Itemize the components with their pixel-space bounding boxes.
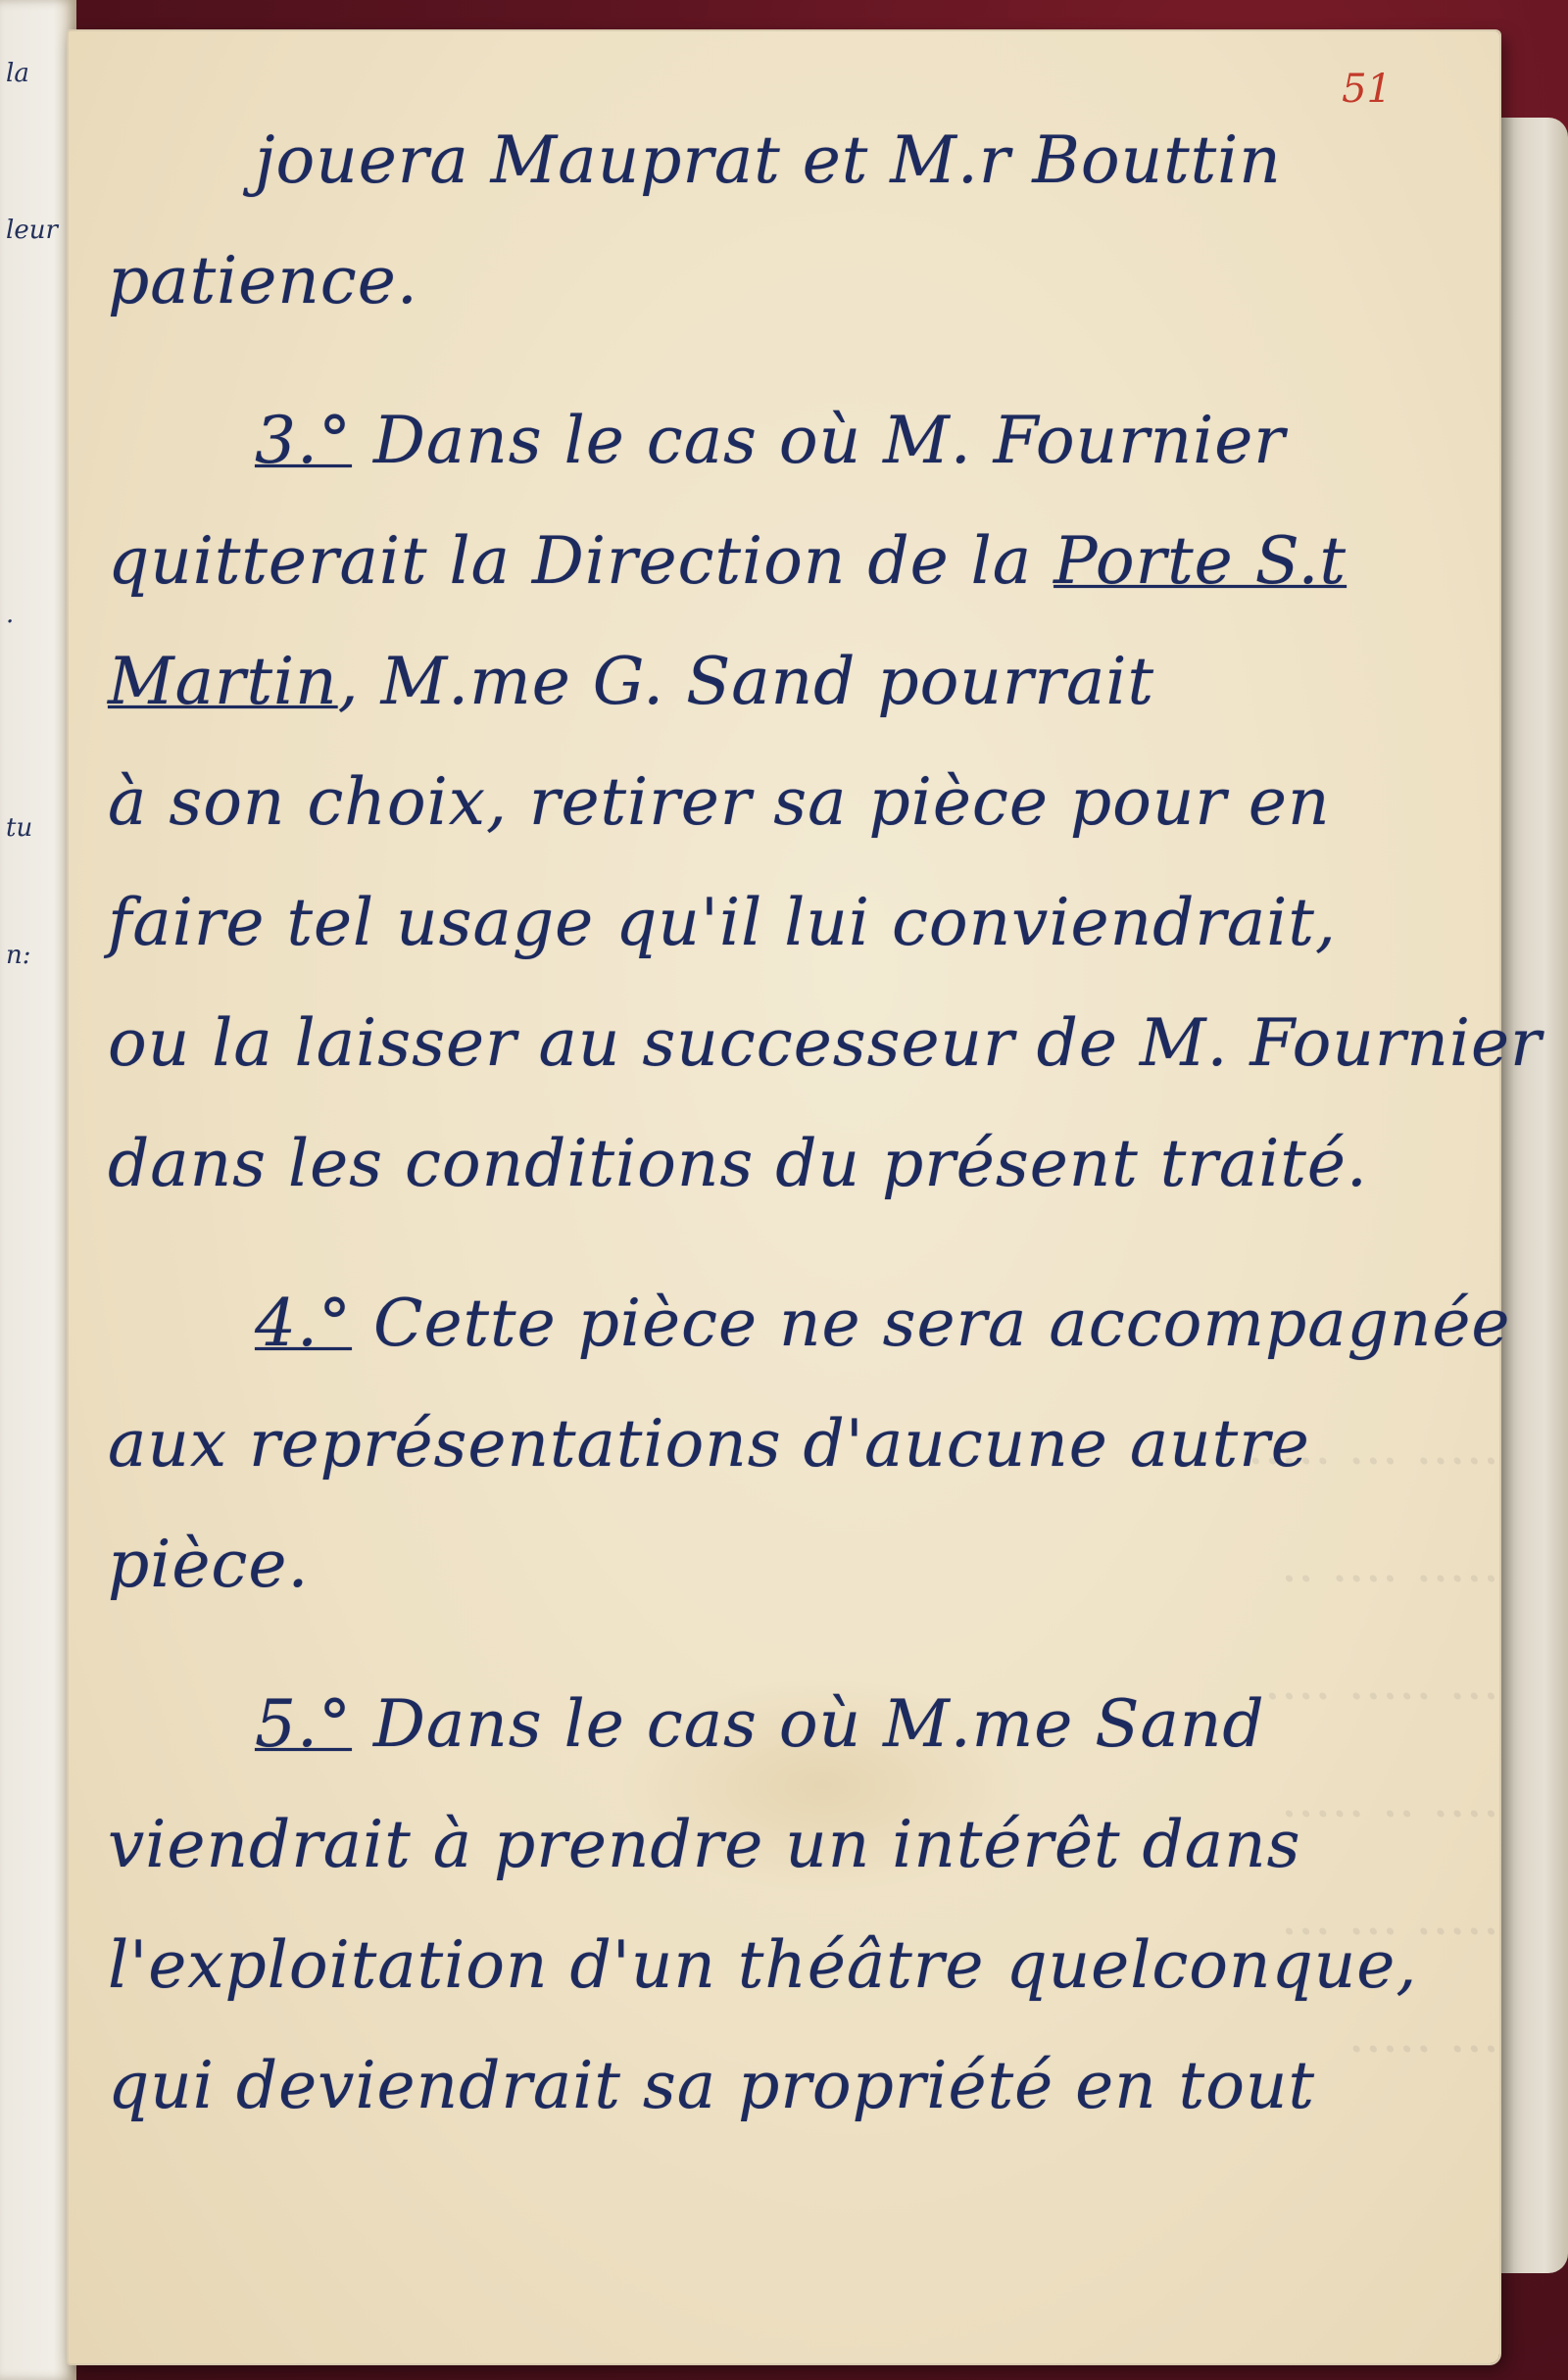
facing-page-fragment: leur (6, 216, 58, 245)
facing-page-fragment: n: (6, 941, 31, 970)
text-line: jouera Mauprat et M.r Bouttin (108, 100, 1470, 220)
text-line: patience. (108, 220, 1470, 341)
text-line: faire tel usage qu'il lui conviendrait, (108, 862, 1470, 983)
manuscript-page: 51 ····· ··· ·········· ···· ····· ·····… (69, 31, 1499, 2363)
text-line: ou la laisser au successeur de M. Fourni… (108, 983, 1470, 1103)
page-stack-edges (1490, 118, 1568, 2273)
text-line: pièce. (108, 1504, 1470, 1625)
facing-page-fragment: · (6, 607, 14, 637)
text-line: dans les conditions du présent traité. (108, 1103, 1470, 1224)
text-line: qui deviendrait sa propriété en tout (108, 2025, 1470, 2146)
clause-number: 5.° (255, 1686, 352, 1762)
underlined-text: Martin (108, 644, 338, 719)
facing-page: la leur · tu n: (0, 0, 76, 2380)
text-line: aux représentations d'aucune autre (108, 1384, 1470, 1504)
facing-page-fragment: la (6, 59, 29, 88)
clause-4-line: 4.° Cette pièce ne sera accompagnée (108, 1263, 1470, 1384)
text-line: à son choix, retirer sa pièce pour en (108, 742, 1470, 862)
facing-page-fragment: tu (6, 813, 32, 843)
underlined-text: Porte S.t (1053, 523, 1347, 599)
clause-number: 4.° (255, 1286, 352, 1361)
clause-5-line: 5.° Dans le cas où M.me Sand (108, 1664, 1470, 1784)
text-line: quitterait la Direction de la Porte S.t (108, 501, 1470, 621)
manuscript-text: jouera Mauprat et M.r Bouttin patience. … (108, 100, 1470, 2146)
text-line: viendrait à prendre un intérêt dans (108, 1784, 1470, 1905)
clause-number: 3.° (255, 403, 352, 478)
photo-scene: la leur · tu n: 51 ····· ··· ·········· … (0, 0, 1568, 2380)
text-line: Martin, M.me G. Sand pourrait (108, 621, 1470, 742)
clause-3-line: 3.° Dans le cas où M. Fournier (108, 380, 1470, 501)
text-line: l'exploitation d'un théâtre quelconque, (108, 1905, 1470, 2025)
